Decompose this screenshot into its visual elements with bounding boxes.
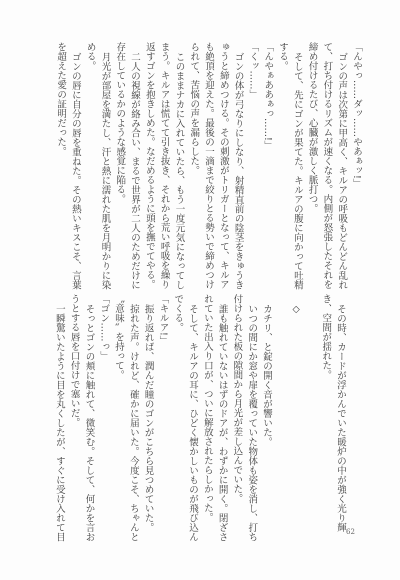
dialogue-line: 「くッ……」 — [245, 42, 260, 290]
narrative-paragraph: 月光が部屋を満たし、汗と熱に濡れた肌を月明かりに染める。 — [82, 42, 112, 290]
narrative-paragraph: 一瞬驚いたように目を丸くしたが、すぐに受け入れて目 — [51, 294, 66, 542]
page-number: 62 — [346, 528, 355, 537]
narrative-paragraph: 掠れた声。けれど、確かに届いた。今度こそ、ちゃんと〝意味〟を持って。 — [110, 294, 140, 542]
narrative-paragraph: ゴンの声は次第に甲高く、キルアの呼吸もどんどん乱れて、打ち付けるリズムが速くなる… — [304, 42, 348, 290]
narrative-paragraph: いつの間にか窓や扉を覆っていた物体も姿を消し、打ち付けられた板の隙間から月光が差… — [229, 294, 259, 542]
narrative-paragraph: 二人の視線が絡み合い、まるで世界が二人のためだけに存在しているかのような感覚に陥… — [111, 42, 141, 290]
section-divider: ◇ — [288, 294, 303, 542]
narrative-paragraph: カチリ、と錠の開く音が響いた。 — [258, 294, 273, 542]
dialogue-line: 「んやぁああぁっ……!」 — [259, 42, 274, 290]
dialogue-line: 「キルア!」 — [155, 294, 170, 542]
narrative-paragraph: そして、キルアの耳に、ひどく懐かしいものが飛び込んでくる。 — [169, 294, 199, 542]
narrative-paragraph: 誰も触れていないはずのドアが、わずかに開く。閉ざされていた出入り口が、ついに解放… — [199, 294, 229, 542]
text-section-top: 「んやっ……ダッ……やあぁッ!」ゴンの声は次第に甲高く、キルアの呼吸もどんどん乱… — [47, 42, 363, 290]
narrative-paragraph: そして、先にゴンが果てた。キルアの腹に向かって吐精する。 — [274, 42, 304, 290]
dialogue-line: 「んやっ……ダッ……やあぁッ!」 — [348, 42, 363, 290]
narrative-paragraph: 振り返れば、潤んだ瞳のゴンがこちら見つめていた。 — [140, 294, 155, 542]
narrative-paragraph: ゴンの体が弓なりにしなり、射精直前の陰茎をきゅうきゅうと締めつける。その刺激がト… — [185, 42, 244, 290]
text-section-bottom: その時、カードが浮かんでいた暖炉の中が強く光り輝き、空間が揺れた。◇カチリ、と錠… — [47, 294, 347, 542]
narrative-paragraph: その時、カードが浮かんでいた暖炉の中が強く光り輝き、空間が揺れた。 — [317, 294, 347, 542]
narrative-paragraph: ゴンの唇に自分の唇を重ねた。その熱いキスこそ、言葉を超えた愛の証明だった。 — [52, 42, 82, 290]
narrative-paragraph: このままナカに入れていたら、もう一度元気になってしまう。キルアは慌てて引き抜き、… — [141, 42, 185, 290]
dialogue-line: 「ゴン……っ」 — [95, 294, 110, 542]
narrative-paragraph: そっとゴンの頬に触れて、微笑む。そして、何かを言おうとする唇を口付けで塞いだ。 — [66, 294, 96, 542]
book-page: 「んやっ……ダッ……やあぁッ!」ゴンの声は次第に甲高く、キルアの呼吸もどんどん乱… — [0, 0, 400, 580]
